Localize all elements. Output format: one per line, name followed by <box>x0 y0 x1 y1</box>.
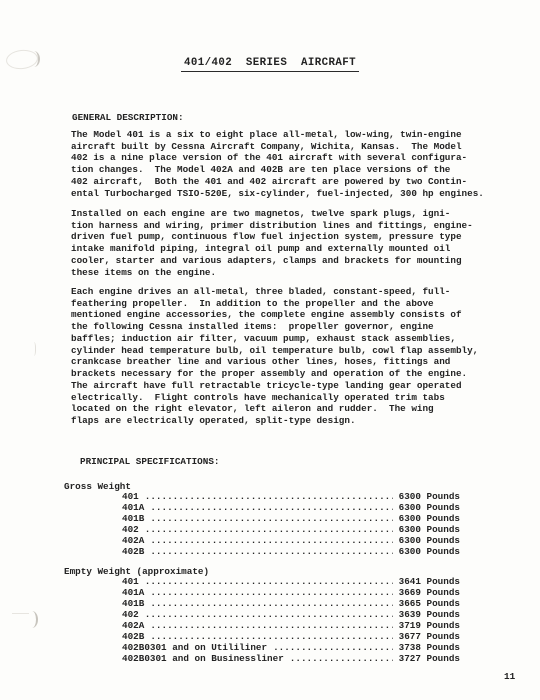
spec-row-value: 6300 Pounds <box>399 535 460 546</box>
spec-row-value: 6300 Pounds <box>399 546 460 557</box>
spec-group-gross-weight: 401 6300 Pounds 401A 6300 Pounds 401B 63… <box>122 491 460 557</box>
leader-dots <box>150 546 392 557</box>
spec-row-value: 3727 Pounds <box>399 653 460 664</box>
spec-row-model: 402B <box>122 631 144 642</box>
spec-row-model: 402 <box>122 524 139 535</box>
spec-row-value: 3738 Pounds <box>399 642 460 653</box>
spec-row-value: 3719 Pounds <box>399 620 460 631</box>
spec-row-model: 402B0301 and on Utililiner <box>122 642 267 653</box>
spec-row-model: 401 <box>122 491 139 502</box>
spec-row-value: 6300 Pounds <box>399 524 460 535</box>
spec-row: 402 6300 Pounds <box>122 524 460 535</box>
spec-row: 402A 3719 Pounds <box>122 620 460 631</box>
page-title: 401/402 SERIES AIRCRAFT <box>181 57 359 72</box>
spec-row: 402B0301 and on Businessliner 3727 Pound… <box>122 653 460 664</box>
leader-dots <box>145 524 393 535</box>
spec-row-value: 3641 Pounds <box>399 576 460 587</box>
page-number: 11 <box>504 671 515 682</box>
leader-dots <box>150 631 392 642</box>
spec-row-value: 6300 Pounds <box>399 513 460 524</box>
leader-dots <box>150 513 392 524</box>
spec-group-empty-weight: 401 3641 Pounds 401A 3669 Pounds 401B 36… <box>122 576 460 664</box>
leader-dots <box>145 609 393 620</box>
spec-row-model: 401B <box>122 513 144 524</box>
leader-dots <box>150 598 392 609</box>
spec-row-model: 401A <box>122 502 144 513</box>
spec-row-model: 401B <box>122 598 144 609</box>
section-heading-principal-specifications: PRINCIPAL SPECIFICATIONS: <box>80 456 219 467</box>
paragraph-model-overview: The Model 401 is a six to eight place al… <box>71 129 484 199</box>
spec-row: 401B 3665 Pounds <box>122 598 460 609</box>
margin-artifact <box>28 611 38 628</box>
paragraph-propeller-assembly: Each engine drives an all-metal, three b… <box>71 286 478 380</box>
spec-row-model: 402B0301 and on Businessliner <box>122 653 284 664</box>
spec-row: 401A 6300 Pounds <box>122 502 460 513</box>
spec-row-value: 3677 Pounds <box>399 631 460 642</box>
spec-row-model: 402B <box>122 546 144 557</box>
spec-row-model: 402 <box>122 609 139 620</box>
spec-row-model: 401 <box>122 576 139 587</box>
spec-row: 402 3639 Pounds <box>122 609 460 620</box>
spec-row: 401A 3669 Pounds <box>122 587 460 598</box>
leader-dots <box>290 653 393 664</box>
leader-dots <box>150 620 392 631</box>
spec-group-header-gross-weight: Gross Weight <box>64 481 131 492</box>
spec-row-model: 402A <box>122 620 144 631</box>
spec-row-value: 3665 Pounds <box>399 598 460 609</box>
margin-artifact <box>5 48 39 70</box>
spec-row-value: 3639 Pounds <box>399 609 460 620</box>
leader-dots <box>145 576 393 587</box>
spec-row: 402B 3677 Pounds <box>122 631 460 642</box>
spec-row: 401 3641 Pounds <box>122 576 460 587</box>
section-heading-general-description: GENERAL DESCRIPTION: <box>72 112 184 123</box>
margin-artifact <box>12 613 29 627</box>
document-page: 401/402 SERIES AIRCRAFT GENERAL DESCRIPT… <box>0 0 540 700</box>
paragraph-engine-equipment: Installed on each engine are two magneto… <box>71 208 473 278</box>
spec-row: 401B 6300 Pounds <box>122 513 460 524</box>
leader-dots <box>150 502 392 513</box>
leader-dots <box>150 587 392 598</box>
spec-row: 402A 6300 Pounds <box>122 535 460 546</box>
spec-row-value: 6300 Pounds <box>399 491 460 502</box>
spec-row: 402B0301 and on Utililiner 3738 Pounds <box>122 642 460 653</box>
spec-row: 402B 6300 Pounds <box>122 546 460 557</box>
spec-row-model: 402A <box>122 535 144 546</box>
leader-dots <box>273 642 393 653</box>
paragraph-landing-gear-controls: The aircraft have full retractable tricy… <box>71 380 462 427</box>
margin-artifact <box>30 51 40 67</box>
spec-row: 401 6300 Pounds <box>122 491 460 502</box>
leader-dots <box>145 491 393 502</box>
spec-row-model: 401A <box>122 587 144 598</box>
spec-row-value: 3669 Pounds <box>399 587 460 598</box>
margin-artifact <box>31 342 36 356</box>
spec-row-value: 6300 Pounds <box>399 502 460 513</box>
leader-dots <box>150 535 392 546</box>
